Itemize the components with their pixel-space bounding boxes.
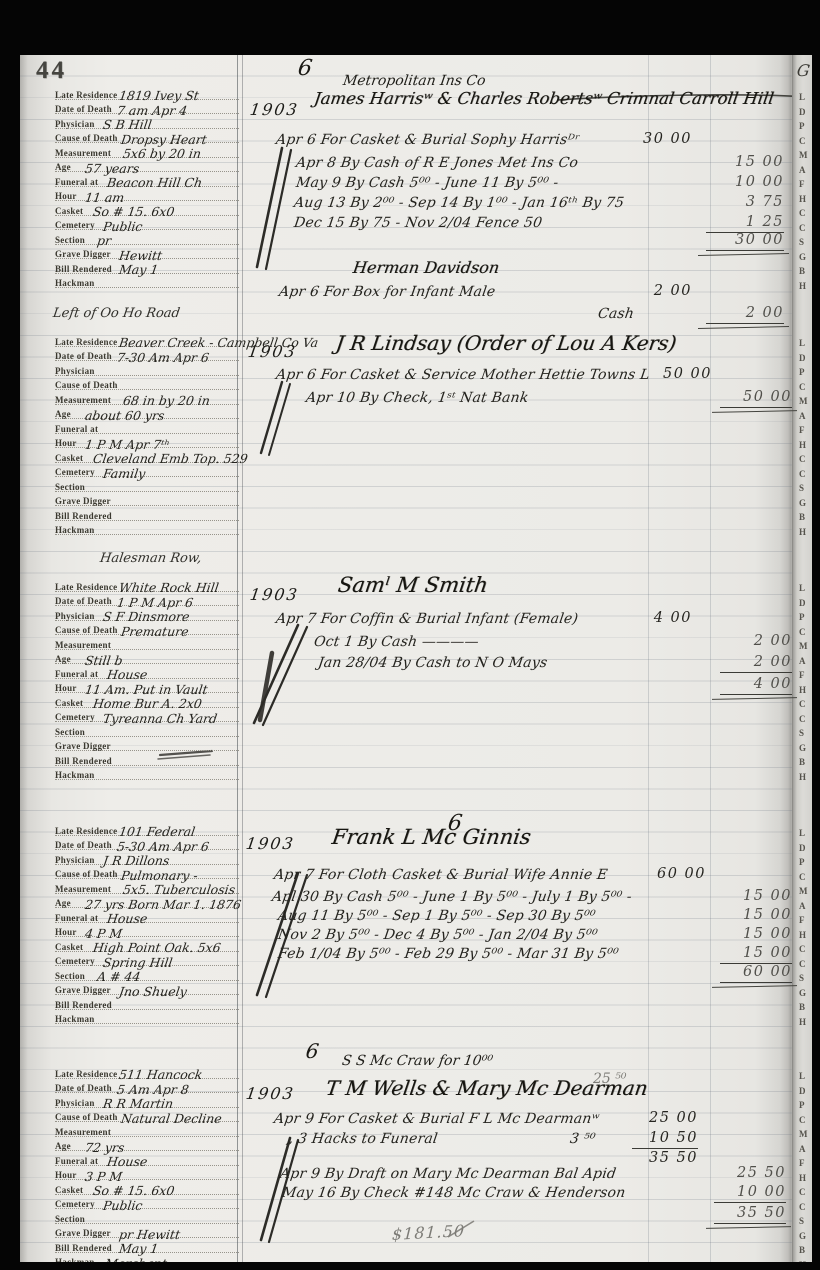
form-label: Age [55,409,71,419]
form-row: Bill Rendered [55,507,237,522]
form-row: Date of Death5-30 Am Apr 6 [55,837,237,852]
form-label: Age [55,1141,71,1151]
form-row: Funeral atBeacon Hill Ch [55,173,237,188]
form-row: Late ResidenceBeaver Creek - Campbell Co… [55,333,237,348]
strip-label-letter: P [799,367,805,377]
form-label: Cause of Death [55,869,118,879]
entry-title: T M Wells & Mary Mc Dearman [325,1078,649,1098]
form-leader [55,936,239,937]
form-row: CemeteryPublic [55,217,237,232]
strip-label-letter: C [799,714,806,724]
form-label: Late Residence [55,1069,117,1079]
strip-label-letter: D [799,107,806,117]
debit-amount: 2 00 [616,284,692,299]
form-row: Section [55,478,237,493]
strip-label-letter: C [799,959,806,969]
entry-line-text: Oct 1 By Cash ———— [313,635,480,649]
form-row: Measurement5x5. Tuberculosis [55,880,237,895]
form-label: Physician [55,366,95,376]
credit-amount: 1 25 [706,215,784,233]
form-row: PhysicianS F Dinsmore [55,607,237,622]
form-row: Bill RenderedMay 1 [55,1239,237,1254]
credit-amount: 60 00 [720,965,792,983]
strip-label-letter: L [799,338,805,348]
form-label: Physician [55,1098,95,1108]
debit-amount: 25 00 [632,1111,698,1126]
strip-label-letter: H [799,1173,806,1183]
form-label: Cemetery [55,956,95,966]
strip-label-letter: S [799,483,804,493]
form-row: Measurement5x6 by 20 in [55,144,237,159]
form-label: Bill Rendered [55,1000,112,1010]
form-row: Funeral atHouse [55,1152,237,1167]
credit-amount: 15 00 [720,927,792,942]
form-leader [55,663,239,664]
credit-amount: 2 00 [720,655,792,673]
debit-amount: 10 50 [632,1131,698,1149]
form-label: Section [55,235,85,245]
strip-label-letter: C [799,627,806,637]
form-label: Section [55,727,85,737]
annotation-note: Halesman Row, [99,552,202,565]
form-row: Measurement68 in by 20 in [55,391,237,406]
form-label: Section [55,971,85,981]
entry-line-text: Dec 15 By 75 - Nov 2/04 Fence 50 [293,216,543,230]
strip-label-letter: H [799,772,806,782]
form-label: Bill Rendered [55,264,112,274]
strip-label-letter: A [799,411,806,421]
entry-title: James Harrisʷ & Charles Robertsʷ Crimnal… [313,91,775,108]
strip-label-letter: H [799,930,806,940]
annotation-note: Left of Oo Ho Road [52,307,181,320]
form-label: Cause of Death [55,133,118,143]
form-row: PhysicianS B Hill [55,115,237,130]
entry-line-text: Apr 9 For Casket & Burial F L Mc Dearman… [273,1112,600,1126]
strip-label-letter: M [799,641,808,651]
form-label: Hour [55,683,77,693]
entry-year: 1903 [249,102,300,118]
strip-label-letter: H [799,1260,806,1263]
form-label: Hackman [55,525,95,535]
next-page-script-glyph: G [796,63,811,79]
form-row: Late Residence511 Hancock [55,1065,237,1080]
form-row: Hour11 am [55,188,237,203]
strip-label-letter: A [799,656,806,666]
form-label: Measurement [55,395,111,405]
form-label: Funeral at [55,424,98,434]
form-row: PhysicianJ R Dillons [55,851,237,866]
form-label: Casket [55,206,83,216]
form-row: Late Residence101 Federal [55,822,237,837]
form-label: Physician [55,119,95,129]
strip-label-letter: D [799,843,806,853]
credit-amount: 15 00 [720,946,792,964]
credit-amount: 25 50 [714,1166,786,1181]
form-row: AgeStill b [55,651,237,666]
form-label: Grave Digger [55,985,111,995]
form-row: Hour3 P M [55,1167,237,1182]
entry-line-text: „ 3 Hacks to Funeral [285,1132,439,1146]
strip-label-letter: D [799,1086,806,1096]
strip-label-letter: C [799,454,806,464]
entry-line-text: Nov 2 By 5⁰⁰ - Dec 4 By 5⁰⁰ - Jan 2/04 B… [277,928,598,942]
strip-label-letter: B [799,757,805,767]
form-row: PhysicianR R Martin [55,1094,237,1109]
strip-label-letter: C [799,1202,806,1212]
form-label: Cause of Death [55,625,118,635]
form-row: Hackman [55,522,237,537]
strip-label-letter: L [799,828,805,838]
form-row: Hackman [55,1011,237,1026]
form-label: Late Residence [55,90,117,100]
strip-label-letter: F [799,1158,805,1168]
strip-label-letter: G [799,1231,806,1241]
entry-line-text: Apl 30 By Cash 5⁰⁰ - June 1 By 5⁰⁰ - Jul… [271,890,633,904]
form-row: Cause of DeathPremature [55,622,237,637]
form-label: Age [55,162,71,172]
credit-amount: 35 50 [714,1206,786,1224]
strip-label-letter: A [799,901,806,911]
form-row: Section [55,1210,237,1225]
strip-label-letter: F [799,425,805,435]
strip-label-letter: F [799,179,805,189]
form-row: Hackman [55,275,237,290]
form-label: Funeral at [55,177,98,187]
strip-label-letter: G [799,743,806,753]
strip-label-letter: P [799,857,805,867]
form-label: Funeral at [55,669,98,679]
entry-mark-note: 6 [305,1041,321,1061]
strip-label-letter: C [799,872,806,882]
entry-subnote: S S Mc Craw for 10⁰⁰ [341,1054,494,1068]
strip-label-letter: P [799,121,805,131]
form-label: Date of Death [55,840,112,850]
debit-amount: 35 50 [632,1151,698,1166]
entry-year: 1903 [245,836,296,852]
credit-amount: 4 00 [720,677,792,695]
form-row: Late ResidenceWhite Rock Hill [55,578,237,593]
form-label: Physician [55,855,95,865]
form-label: Hackman [55,1257,95,1262]
strip-label-letter: G [799,498,806,508]
credit-amount: 30 00 [706,233,784,251]
form-row: Grave Diggerpr Hewitt [55,1225,237,1240]
entry-line-text: Jan 28/04 By Cash to N O Mays [317,656,548,670]
form-label: Date of Death [55,1083,112,1093]
strip-label-letter: C [799,469,806,479]
form-leader [55,1179,239,1180]
form-row: Hour11 Am. Put in Vault [55,680,237,695]
form-label: Cemetery [55,1199,95,1209]
form-label: Bill Rendered [55,756,112,766]
form-row: Age57 years [55,159,237,174]
form-row: CasketCleveland Emb Top. 529 [55,449,237,464]
form-row: CasketHome Bur A. 2x0 [55,694,237,709]
ledger-page: 44 $181.50 G LDPCMAFHCCSGBHLDPCMAFHCCSGB… [20,55,812,1262]
credit-amount: 2 00 [720,634,792,649]
strip-label-letter: L [799,583,805,593]
entry-line-text: Apr 6 For Casket & Service Mother Hettie… [275,368,651,382]
form-label: Cemetery [55,467,95,477]
entry-line-text: Apr 6 For Casket & Burial Sophy Harrisᴰʳ [275,133,581,147]
form-label: Hackman [55,770,95,780]
form-label: Casket [55,453,83,463]
strip-label-letter: D [799,598,806,608]
form-row: Measurement [55,1123,237,1138]
form-row: Bill RenderedMay 1 [55,260,237,275]
debit-amount: 30 00 [616,132,692,147]
strip-label-letter: C [799,208,806,218]
form-label: Section [55,482,85,492]
form-row: Grave DiggerJno Shuely [55,982,237,997]
strip-label-letter: M [799,150,808,160]
strip-label-letter: B [799,1002,805,1012]
form-row: Date of Death1 P M Apr 6 [55,593,237,608]
strip-label-letter: S [799,728,804,738]
entry-line-text: Aug 13 By 2⁰⁰ - Sep 14 By 1⁰⁰ - Jan 16ᵗʰ… [293,196,625,210]
entry-title: Samˡ M Smith [337,575,490,596]
form-leader [55,200,239,201]
entry-line-text: Apr 9 By Draft on Mary Mc Dearman Bal Ap… [279,1167,617,1181]
strip-label-letter: C [799,699,806,709]
bottom-pencil-note: $181.50 [392,1221,466,1244]
form-label: Grave Digger [55,741,111,751]
strip-label-letter: L [799,1071,805,1081]
form-row: CemeteryPublic [55,1196,237,1211]
entry-line-text: Feb 1/04 By 5⁰⁰ - Feb 29 By 5⁰⁰ - Mar 31… [277,947,620,961]
form-row: SectionA # 44 [55,967,237,982]
form-label: Section [55,1214,85,1224]
form-label: Measurement [55,148,111,158]
form-row: Measurement [55,636,237,651]
strip-label-letter: C [799,223,806,233]
strip-label-letter: P [799,612,805,622]
form-label: Hour [55,191,77,201]
strip-label-letter: C [799,382,806,392]
form-label: Funeral at [55,913,98,923]
form-value: Merchant [104,1258,168,1263]
form-label: Measurement [55,640,111,650]
form-row: CasketHigh Point Oak. 5x6 [55,938,237,953]
form-label: Measurement [55,884,111,894]
entry-line-text: Apr 6 For Box for Infant Male [278,285,496,299]
form-label: Date of Death [55,351,112,361]
form-label: Age [55,654,71,664]
form-row: Cause of Death [55,377,237,392]
strip-label-letter: B [799,266,805,276]
form-row: Cause of DeathDropsy Heart [55,130,237,145]
entry-line-text: Apr 7 For Cloth Casket & Burial Wife Ann… [273,868,608,882]
strip-label-letter: C [799,1115,806,1125]
form-label: Physician [55,611,95,621]
form-row: Hour4 P M [55,924,237,939]
strip-label-letter: H [799,685,806,695]
scanned-ledger-screenshot: { "page": { "number": "44", "bottom_penc… [0,0,820,1270]
strip-label-letter: F [799,670,805,680]
form-label: Date of Death [55,596,112,606]
strip-label-letter: H [799,527,806,537]
form-row: Cause of DeathPulmonary - [55,866,237,881]
strip-label-letter: C [799,1187,806,1197]
form-row: Ageabout 60 yrs [55,406,237,421]
entry-title: Herman Davidson [352,260,500,276]
form-label: Funeral at [55,1156,98,1166]
form-label: Casket [55,698,83,708]
form-row: Funeral atHouse [55,909,237,924]
form-label: Cause of Death [55,1112,118,1122]
form-row: Hour1 P M Apr 7ᵗʰ [55,435,237,450]
strip-label-letter: S [799,973,804,983]
form-label: Grave Digger [55,496,111,506]
form-row: Date of Death7-30 Am Apr 6 [55,348,237,363]
entry-line-text: Apr 8 By Cash of R E Jones Met Ins Co [295,156,579,170]
form-label: Bill Rendered [55,1243,112,1253]
form-row: Funeral atHouse [55,665,237,680]
strip-label-letter: M [799,396,808,406]
credit-amount: 15 00 [720,908,792,923]
form-row: Grave DiggerHewitt [55,246,237,261]
debit-amount: 50 00 [648,367,712,382]
entry-line-text: May 9 By Cash 5⁰⁰ - June 11 By 5⁰⁰ - [295,176,559,190]
form-label: Hour [55,438,77,448]
form-row: Bill Rendered [55,996,237,1011]
form-label: Casket [55,1185,83,1195]
form-label: Grave Digger [55,249,111,259]
form-leader [55,1150,239,1151]
entry-year: 1903 [245,1086,296,1102]
form-row: CemeteryFamily [55,464,237,479]
debit-amount: 60 00 [638,867,706,882]
strip-label-letter: S [799,1216,804,1226]
form-label: Hour [55,1170,77,1180]
form-row: Sectionpr [55,231,237,246]
strip-label-letter: G [799,252,806,262]
form-row: CemeteryTyreanna Ch Yard [55,709,237,724]
strip-label-letter: A [799,1144,806,1154]
strip-label-letter: D [799,353,806,363]
form-label: Date of Death [55,104,112,114]
form-row: Hackman [55,767,237,782]
form-row: Bill Rendered [55,752,237,767]
strip-label-letter: H [799,440,806,450]
strip-label-letter: M [799,1129,808,1139]
strip-label-letter: H [799,281,806,291]
entry-title: Frank L Mc Ginnis [331,827,533,848]
strip-label-letter: H [799,194,806,204]
entry-year: 1903 [249,587,300,603]
entry-line-text: Apr 7 For Coffin & Burial Infant (Female… [275,612,579,626]
form-label: Bill Rendered [55,511,112,521]
form-label: Late Residence [55,582,117,592]
credit-amount: 15 00 [720,889,792,904]
debit-amount: 4 00 [624,611,692,626]
form-row: Section [55,723,237,738]
strip-label-letter: S [799,237,804,247]
entry-line-text: Apr 10 By Check, 1ˢᵗ Nat Bank [305,391,529,405]
form-label: Hackman [55,278,95,288]
strip-label-letter: F [799,915,805,925]
strip-label-letter: H [799,1017,806,1027]
strip-label-letter: A [799,165,806,175]
credit-amount: 3 75 [706,195,784,210]
form-row: Age72 yrs [55,1138,237,1153]
credit-amount: 10 00 [706,175,784,190]
entry-line-text: Aug 11 By 5⁰⁰ - Sep 1 By 5⁰⁰ - Sep 30 By… [277,909,596,923]
entry-line-text: Cash [597,307,635,321]
form-row: Late Residence1819 Ivey St [55,86,237,101]
form-row: HackmanMerchant [55,1254,237,1263]
strip-label-letter: M [799,886,808,896]
form-row: Funeral at [55,420,237,435]
form-row: Grave Digger [55,738,237,753]
form-label: Late Residence [55,826,117,836]
form-row: CasketSo # 15. 6x0 [55,202,237,217]
form-label: Late Residence [55,337,117,347]
credit-amount: 2 00 [706,306,784,324]
form-label: Casket [55,942,83,952]
form-label: Measurement [55,1127,111,1137]
form-label: Hackman [55,1014,95,1024]
form-label: Age [55,898,71,908]
form-row: Cause of DeathNatural Decline [55,1109,237,1124]
form-row: CasketSo # 15. 6x0 [55,1181,237,1196]
strip-label-letter: G [799,988,806,998]
form-label: Cemetery [55,220,95,230]
strip-label-letter: L [799,92,805,102]
form-row: Date of Death7 am Apr 4 [55,101,237,116]
credit-amount: 10 00 [714,1185,786,1203]
entry-title: J R Lindsay (Order of Lou A Kers) [335,333,678,353]
credit-amount: 15 00 [706,155,784,170]
entry-year: 1903 [247,344,298,360]
credit-amount: 50 00 [720,390,792,408]
form-label: Cause of Death [55,380,118,390]
strip-label-letter: C [799,944,806,954]
form-leader [55,171,239,172]
form-row: Physician [55,362,237,377]
form-label: Grave Digger [55,1228,111,1238]
form-row: Age27 yrs Born Mar 1. 1876 [55,895,237,910]
form-label: Cemetery [55,712,95,722]
form-row: Grave Digger [55,493,237,508]
entry-mid-amount: 3 ⁵⁰ [569,1132,596,1146]
strip-label-letter: C [799,136,806,146]
next-page-strip: G LDPCMAFHCCSGBHLDPCMAFHCCSGBHLDPCMAFHCC… [792,55,812,1262]
strip-label-letter: B [799,1245,805,1255]
strip-label-letter: P [799,1100,805,1110]
strip-label-letter: B [799,512,805,522]
entry-line-text: May 16 By Check #148 Mc Craw & Henderson [281,1186,626,1200]
form-label: Hour [55,927,77,937]
form-row: Date of Death5 Am Apr 8 [55,1080,237,1095]
entry-subnote: Metropolitan Ins Co [342,74,486,88]
form-row: CemeterySpring Hill [55,953,237,968]
